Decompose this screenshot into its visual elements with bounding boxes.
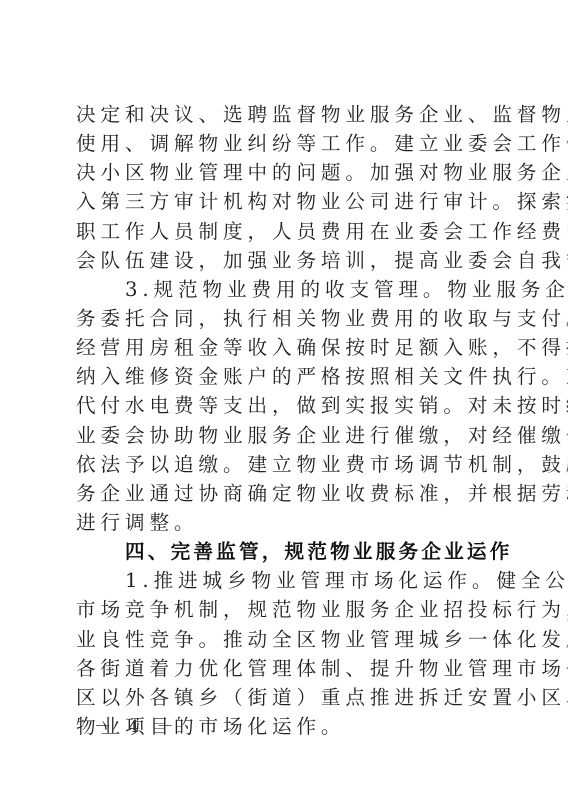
text-line: 进行调整。	[76, 508, 500, 537]
text-line: 经营用房租金等收入确保按时足额入账，不得擅自截留，对需要	[76, 333, 500, 362]
document-page: 决定和决议、选聘监督物业服务企业、监督物业维修资金筹集和 使用、调解物业纠纷等工…	[0, 0, 568, 799]
section-heading: 四、完善监管，规范物业服务企业运作	[76, 537, 500, 566]
text-line: 务企业通过协商确定物业收费标准，并根据劳动用工成本等情况	[76, 479, 500, 508]
text-line: 决定和决议、选聘监督物业服务企业、监督物业维修资金筹集和	[76, 100, 500, 129]
text-line: 务委托合同，执行相关物业费用的收取与支付。物业费、停车费、	[76, 304, 500, 333]
text-line: 纳入维修资金账户的严格按照相关文件执行。对物业费、维修费、	[76, 362, 500, 391]
text-line: 职工作人员制度，人员费用在业委会工作经费中列支。强化业委	[76, 217, 500, 246]
text-line: 使用、调解物业纠纷等工作。建立业委会工作例会制度，协调解	[76, 129, 500, 158]
text-line: 业良性竞争。推动全区物业管理城乡一体化发展，新城区范围内	[76, 625, 500, 654]
text-line: 依法予以追缴。建立物业费市场调节机制，鼓励业委会与物业服	[76, 450, 500, 479]
document-body: 决定和决议、选聘监督物业服务企业、监督物业维修资金筹集和 使用、调解物业纠纷等工…	[76, 100, 500, 741]
text-line: 业委会协助物业服务企业进行催缴，对经催缴仍拒交物业费的，	[76, 421, 500, 450]
text-line: 各街道着力优化管理体制、提升物业管理市场化运作水平；新城	[76, 654, 500, 683]
text-line: 区以外各镇乡（街道）重点推进拆迁安置小区、新村建设小区等	[76, 683, 500, 712]
text-line: 代付水电费等支出，做到实报实销。对未按时缴纳物业费的业主，	[76, 391, 500, 420]
page-number: － 4 －	[94, 712, 180, 737]
text-line: 会队伍建设，加强业务培训，提高业委会自我管理运作能力。	[76, 246, 500, 275]
text-line: 入第三方审计机构对物业公司进行审计。探索实施业委会聘用专	[76, 187, 500, 216]
text-line: 决小区物业管理中的问题。加强对物业服务企业的监督，积极引	[76, 158, 500, 187]
text-line: 市场竞争机制，规范物业服务企业招投标行为，促进物业服务企	[76, 595, 500, 624]
paragraph-start-marketization: 1.推进城乡物业管理市场化运作。健全公开、公平、公正的	[76, 566, 500, 595]
paragraph-start-fee-management: 3.规范物业费用的收支管理。物业服务企业严格按照物业服	[76, 275, 500, 304]
